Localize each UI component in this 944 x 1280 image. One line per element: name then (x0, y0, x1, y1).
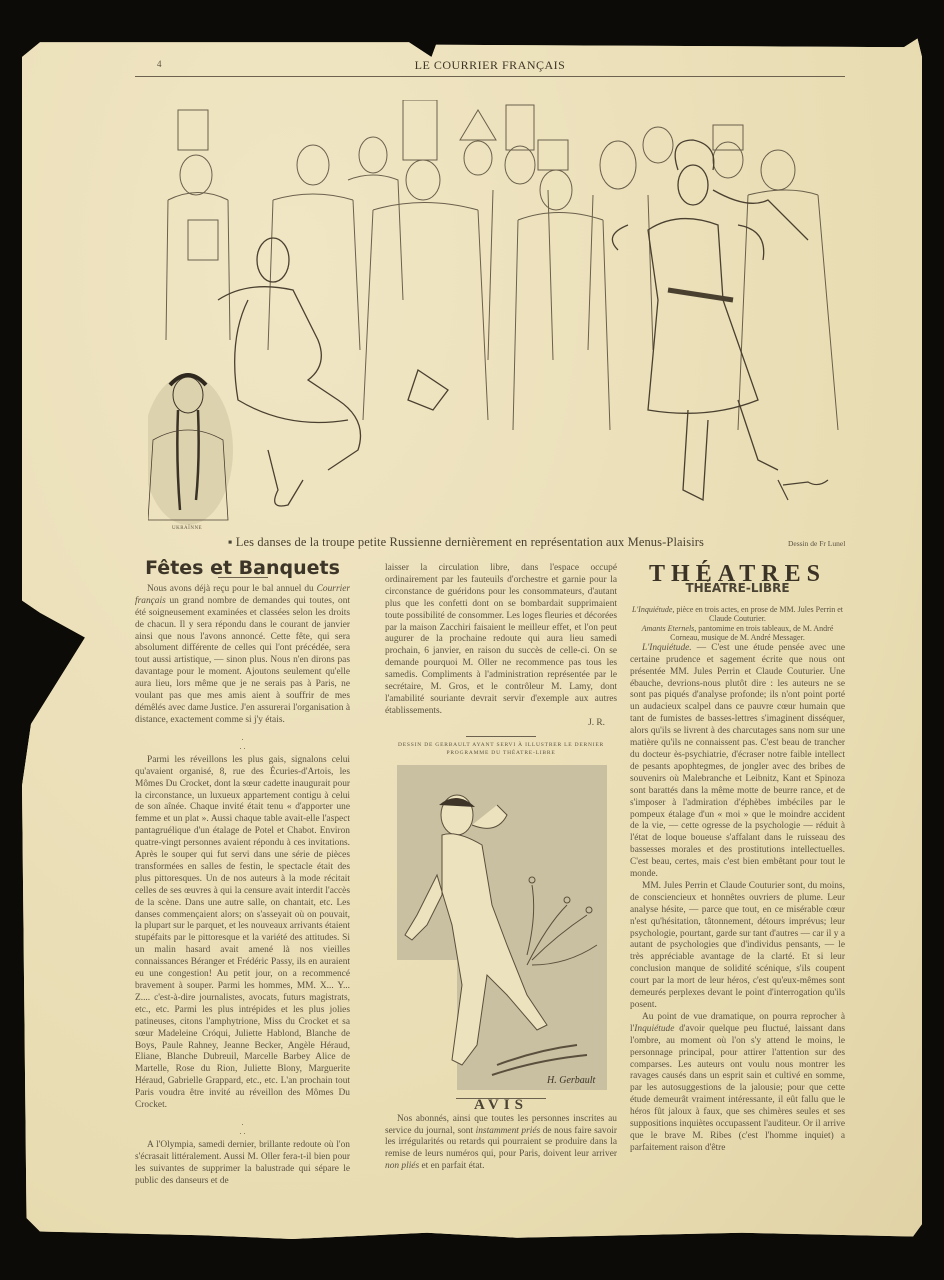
page-header: 4 LE COURRIER FRANÇAIS (135, 56, 845, 78)
fetes-signature: J. R. (385, 718, 617, 730)
theatres-paragraph-2: MM. Jules Perrin et Claude Couturier son… (630, 881, 845, 1012)
illustration-caption: ▪ Les danses de la troupe petite Russien… (228, 535, 704, 550)
avis-heading: AVIS (385, 1100, 617, 1112)
section-separator-icon: .. . (135, 1118, 350, 1136)
dancer-figure-icon: H. Gerbault (397, 765, 607, 1090)
newspaper-title: LE COURRIER FRANÇAIS (135, 58, 845, 73)
fetes-paragraph-2: Parmi les réveillons les plus gais, sign… (135, 755, 350, 1112)
gerbault-caption: DESSIN DE GERBAULT AYANT SERVI À ILLUSTR… (385, 741, 617, 757)
theatres-heading: THÉATRES (630, 569, 845, 581)
illustration-credit: Dessin de Fr Lunel (788, 539, 845, 548)
gerbault-illustration: H. Gerbault (397, 765, 607, 1090)
fetes-paragraph-1: Nous avons déjà reçu pour le bal annuel … (135, 584, 350, 727)
column-middle: laisser la circulation libre, dans l'esp… (385, 563, 617, 1173)
play-note-1: L'Inquiétude, pièce en trois actes, en p… (630, 605, 845, 624)
caption-text: Les danses de la troupe petite Russienne… (236, 535, 704, 549)
theatres-paragraph-1: L'Inquiétude. — C'est une étude pensée a… (630, 643, 845, 881)
dance-troupe-illustration (148, 100, 858, 530)
header-rule (135, 76, 845, 77)
theatres-paragraph-3: Au point de vue dramatique, on pourra re… (630, 1012, 845, 1155)
play-note-2: Amants Eternels, pantomime en trois tabl… (630, 624, 845, 643)
column-theatres: THÉATRES THÉATRE-LIBRE L'Inquiétude, piè… (630, 563, 845, 1155)
fetes-paragraph-4: laisser la circulation libre, dans l'esp… (385, 563, 617, 718)
gerbault-signature: H. Gerbault (546, 1075, 596, 1086)
column-fetes: Fêtes et Banquets Nous avons déjà reçu p… (135, 563, 350, 1188)
dancers-drawing-icon (148, 100, 858, 530)
section-separator-icon: .. . (135, 733, 350, 751)
fetes-heading: Fêtes et Banquets (135, 563, 350, 575)
fetes-paragraph-3: A l'Olympia, samedi dernier, brillante r… (135, 1140, 350, 1188)
caption-bullet: ▪ (228, 535, 233, 549)
avis-paragraph: Nos abonnés, ainsi que toutes les person… (385, 1114, 617, 1174)
portrait-caption: UKRAÏNNE (172, 526, 202, 531)
separator-rule (466, 736, 536, 737)
